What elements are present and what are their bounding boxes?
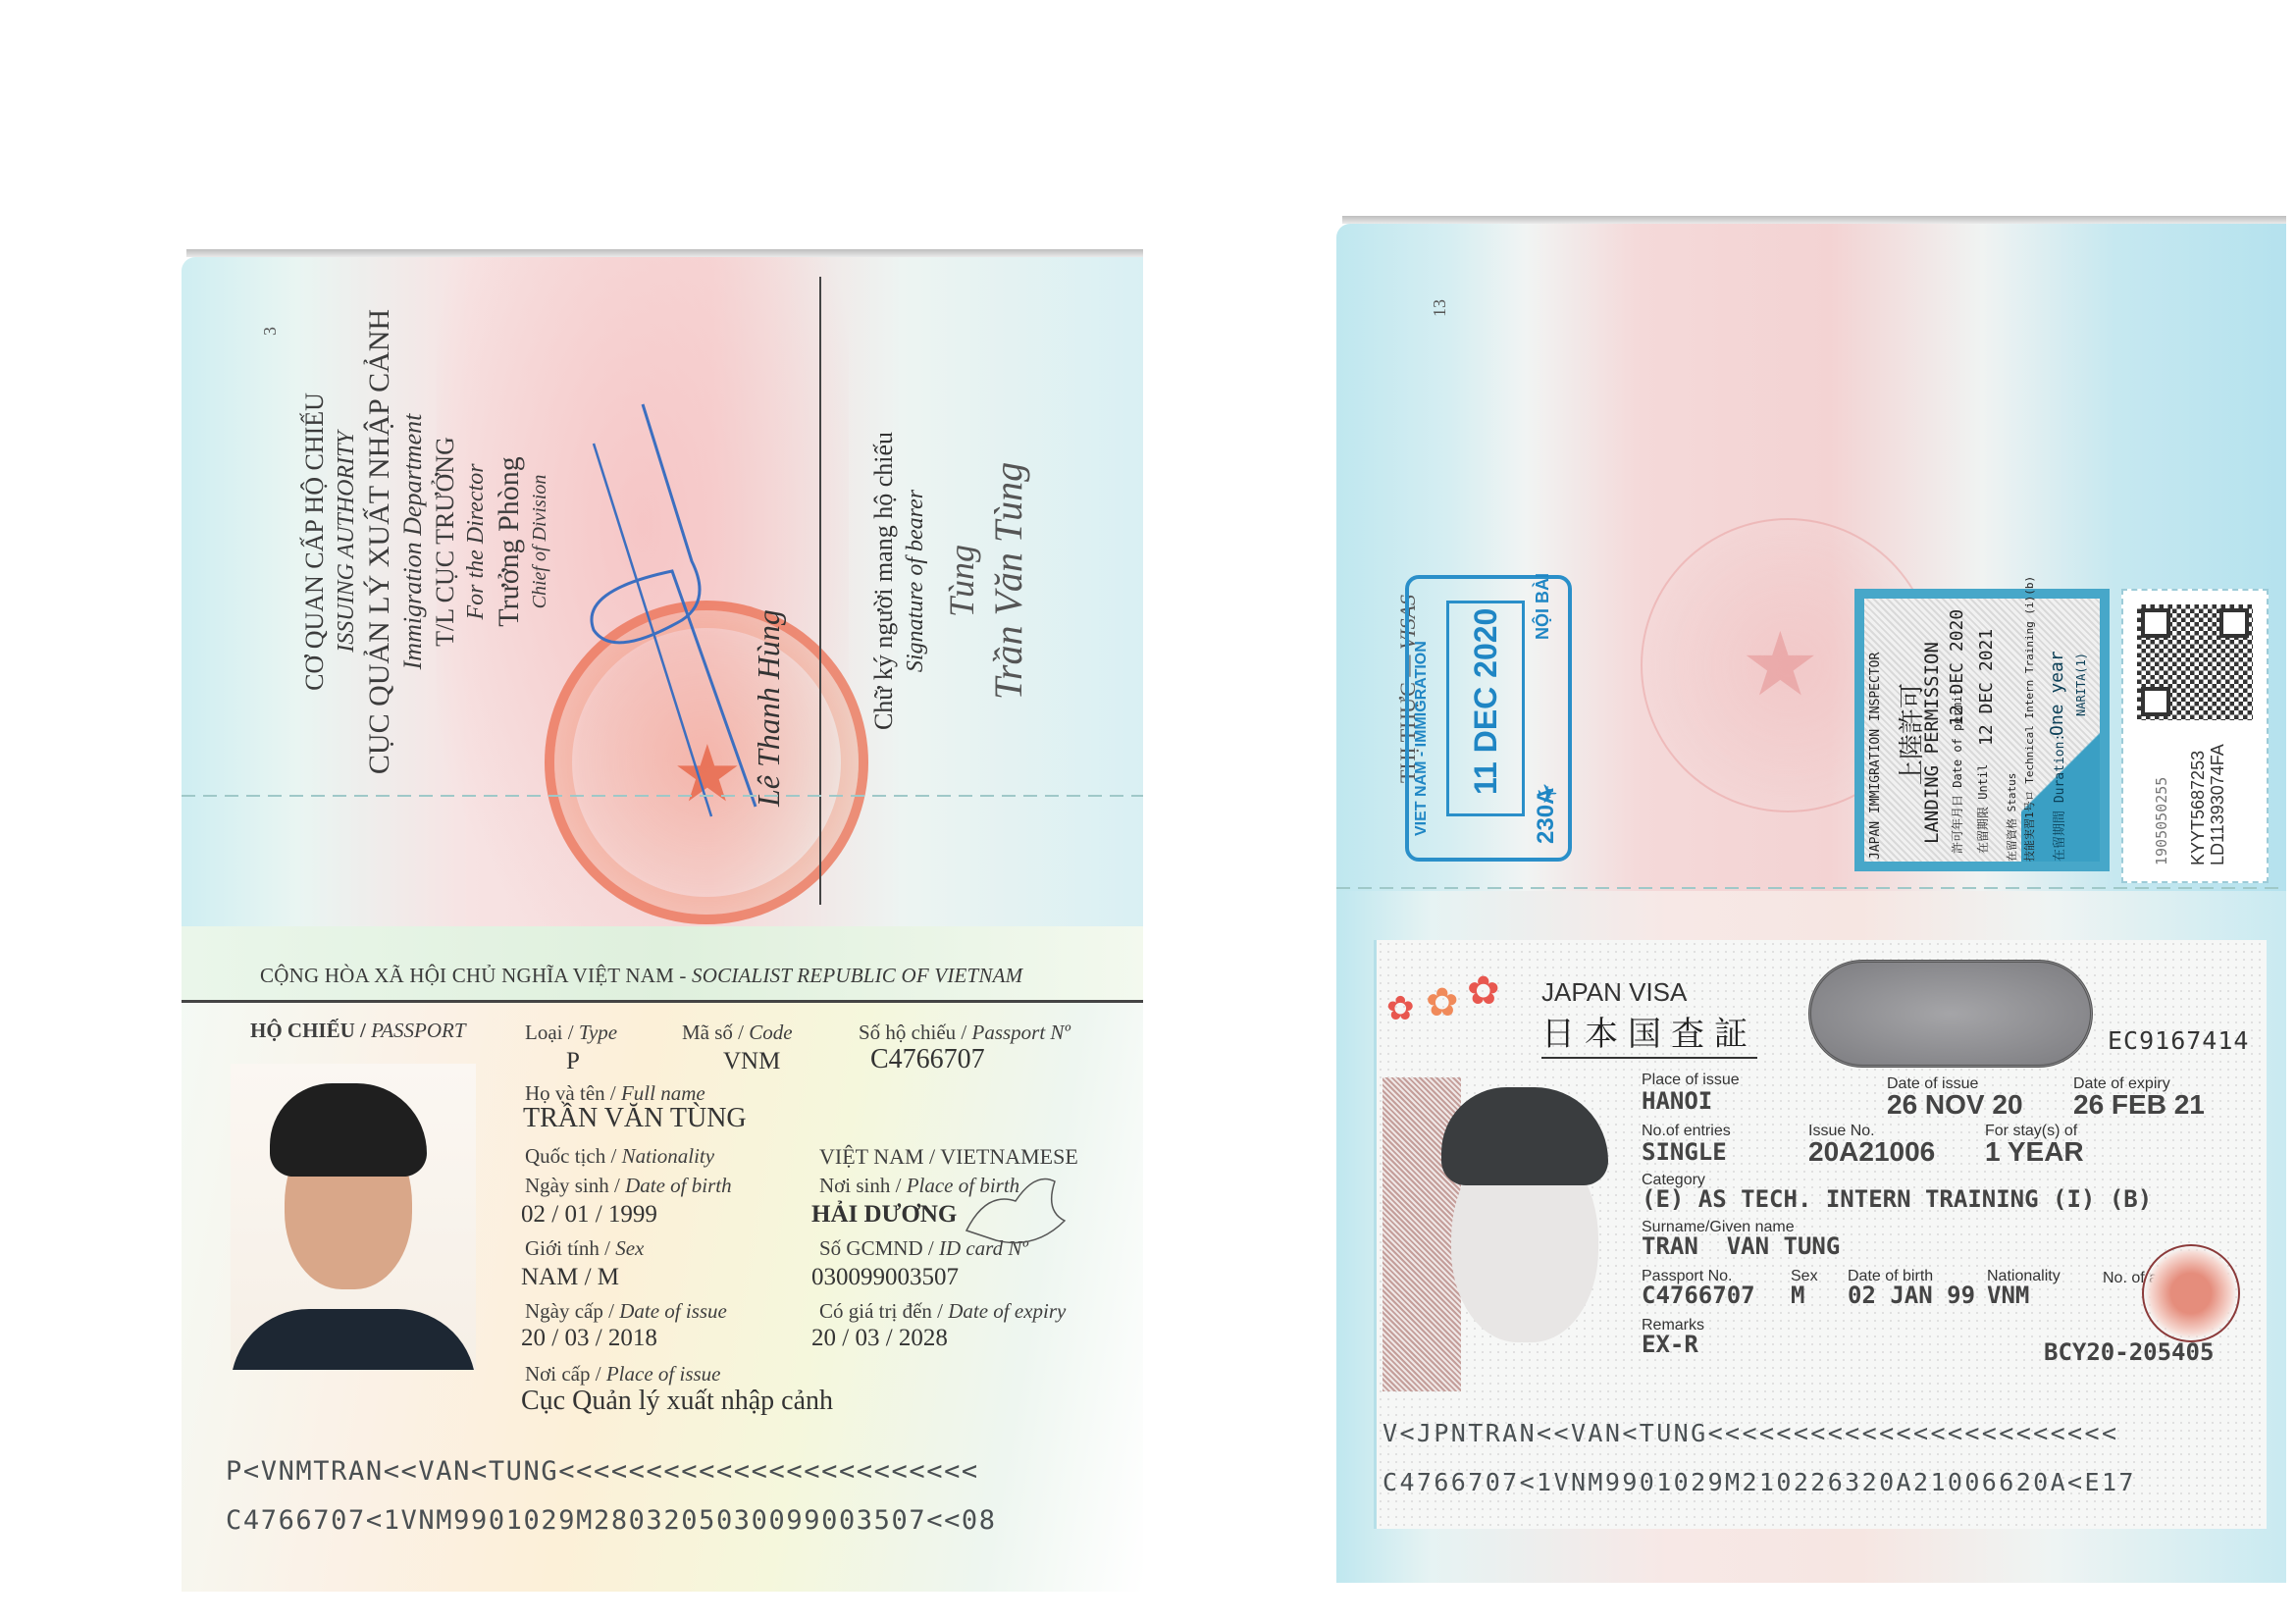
document-label: HỘ CHIẾU / PASSPORT — [250, 1019, 466, 1043]
date-issue-label-en: Date of issue — [619, 1299, 727, 1323]
place-issue-label: Nơi cấp / Place of issue — [525, 1362, 720, 1387]
nationality-label-vi: Quốc tịch / — [525, 1144, 622, 1168]
date-expiry-label-en: Date of expiry — [948, 1299, 1066, 1323]
stamp-port: NỘI BÀI — [1533, 573, 1553, 640]
passport-no-value: C4766707 — [1642, 1282, 1755, 1309]
nationality-label-en: Nationality — [622, 1144, 715, 1168]
bearer-label-en: Signature of bearer — [901, 404, 930, 758]
nationality-value: VNM — [1987, 1282, 2029, 1309]
visa-title: JAPAN VISA — [1541, 977, 1687, 1008]
full-name-label-en: Full name — [621, 1081, 705, 1105]
ministry-seal — [2142, 1244, 2240, 1342]
header-rule — [182, 1000, 1143, 1003]
name-value: TRAN VAN TUNG — [1642, 1232, 1840, 1260]
passport-no-label-vi: Số hộ chiếu / — [859, 1021, 972, 1044]
stamp-date: 11 DEC 2020 — [1468, 608, 1504, 795]
until-date: 12 DEC 2021 — [1976, 629, 1997, 746]
bearer-signature-2: Trần Văn Tùng — [984, 404, 1033, 758]
pob-label-vi: Nơi sinh / — [819, 1174, 907, 1197]
country-en: SOCIALIST REPUBLIC OF VIETNAM — [692, 964, 1022, 987]
for-director-en: For the Director — [461, 277, 491, 807]
bearer-signature-1: Tùng — [940, 404, 984, 758]
code-label-vi: Mã số / — [682, 1021, 749, 1044]
passport-no-label: Số hộ chiếu / Passport Nº — [859, 1021, 1070, 1045]
date-of-issue-value: 26 NOV 20 — [1887, 1089, 2023, 1121]
full-name-value: TRẦN VĂN TÙNG — [523, 1103, 747, 1134]
mrz-line-2: C4766707<1VNM9901029M2803205030099003507… — [226, 1505, 997, 1536]
sex-label-en: Sex — [615, 1236, 644, 1260]
authority-line-vi: CƠ QUAN CẤP HỘ CHIẾU — [299, 277, 332, 807]
duration-label: 在留期間 Duration: — [2049, 734, 2067, 862]
sakura-flower-icon: ✿ — [1426, 979, 1459, 1025]
date-expiry-value: 20 / 03 / 2028 — [811, 1325, 948, 1352]
id-card-label-vi: Số GCMND / — [819, 1236, 939, 1260]
issue-no-value: 20A21006 — [1808, 1136, 1935, 1168]
remarks-value: EX-R — [1642, 1331, 1698, 1358]
type-label-en: Type — [579, 1021, 617, 1044]
department-vi: CỤC QUẢN LÝ XUẤT NHẬP CẢNH — [361, 277, 398, 807]
date-issue-label-vi: Ngày cấp / — [525, 1299, 619, 1323]
sex-label-vi: Giới tính / — [525, 1236, 615, 1260]
vietnam-exit-stamp: VIET NAM - IMMIGRATION 11 DEC 2020 NỘI B… — [1405, 575, 1572, 862]
qr-code — [2137, 604, 2253, 720]
dob-label-en: Date of birth — [625, 1174, 732, 1197]
status-label: 在留資格 Status — [2004, 773, 2019, 862]
entries-value: SINGLE — [1642, 1138, 1727, 1166]
date-issue-value: 20 / 03 / 2018 — [521, 1325, 657, 1352]
passport-no-label-en: Passport Nº — [972, 1021, 1070, 1044]
place-issue-value: Cục Quản lý xuất nhập cảnh — [521, 1386, 833, 1417]
duration-value: One year — [2047, 651, 2067, 736]
place-issue-label-vi: Nơi cấp / — [525, 1362, 606, 1386]
passport-data-page: CỘNG HÒA XÃ HỘI CHỦ NGHĨA VIỆT NAM - SOC… — [182, 926, 1143, 1592]
sex-value: NAM / M — [521, 1264, 619, 1291]
visa-mrz-line-1: V<JPNTRAN<<VAN<TUNG<<<<<<<<<<<<<<<<<<<<<… — [1383, 1419, 2118, 1447]
passport-no-value: C4766707 — [870, 1044, 985, 1075]
japan-landing-permission-sticker: JAPAN IMMIGRATION INSPECTOR 上陸許可 LANDING… — [1854, 589, 2110, 871]
qr-code-1: KYYT5687253 — [2188, 751, 2209, 865]
fold-line — [182, 795, 1143, 797]
department-en: Immigration Department — [397, 277, 430, 807]
dove-watermark-icon — [957, 1162, 1074, 1270]
page-number: 13 — [1430, 299, 1450, 317]
dob-label: Ngày sinh / Date of birth — [525, 1174, 732, 1198]
date-of-expiry-value: 26 FEB 21 — [2073, 1089, 2205, 1121]
issuing-authority-block: CƠ QUAN CẤP HỘ CHIẾU ISSUING AUTHORITY C… — [299, 277, 552, 807]
hologram — [1808, 960, 2093, 1068]
nationality-label: Quốc tịch / Nationality — [525, 1144, 714, 1169]
passport-authority-page: ★ 3 CƠ QUAN CẤP HỘ CHIẾU ISSUING AUTHORI… — [182, 257, 1143, 926]
fold-line — [1336, 887, 2286, 889]
status-value: 技能実習1号ロ Technical Intern Training (i)(b) — [2021, 576, 2037, 862]
holder-photo — [1383, 1077, 1628, 1401]
dob-value: 02 / 01 / 1999 — [521, 1201, 657, 1229]
place-issue-label-en: Place of issue — [606, 1362, 721, 1386]
permit-date: 12 DEC 2020 — [1947, 609, 1967, 726]
country-header: CỘNG HÒA XÃ HỘI CHỦ NGHĨA VIỆT NAM - SOC… — [260, 964, 1022, 988]
qr-code-2: LD11393074FA — [2208, 744, 2228, 865]
code-label-en: Code — [749, 1021, 792, 1044]
bearer-signature-block: Chữ ký người mang hộ chiếu Signature of … — [868, 404, 1033, 758]
date-issue-label: Ngày cấp / Date of issue — [525, 1299, 727, 1324]
mrz-line-1: P<VNMTRAN<<VAN<TUNG<<<<<<<<<<<<<<<<<<<<<… — [226, 1456, 979, 1487]
until-label: 在留期限 Until — [1974, 764, 1991, 854]
qr-serial: 1905050255 — [2153, 777, 2170, 865]
page-divider — [819, 277, 821, 905]
star-emblem-icon: ★ — [1741, 613, 1820, 716]
sakura-flower-icon: ✿ — [1467, 968, 1500, 1014]
visa-mrz-line-2: C4766707<1VNM9901029M210226320A21006620A… — [1383, 1468, 2136, 1496]
qr-label-sticker: 1905050255 KYYT5687253 LD11393074FA — [2121, 589, 2269, 883]
landing-port: NARITA(1) — [2074, 653, 2088, 716]
dob-value: 02 JAN 99 — [1848, 1282, 1975, 1309]
id-card-value: 030099003507 — [811, 1264, 959, 1291]
holder-photo — [231, 1064, 476, 1370]
japan-visa-sticker: ✿ ✿ ✿ JAPAN VISA 日本国査証 EC9167414 Place o… — [1374, 940, 2267, 1529]
stamp-title: VIET NAM - IMMIGRATION — [1413, 641, 1431, 836]
bearer-label-vi: Chữ ký người mang hộ chiếu — [868, 404, 901, 758]
japan-visa-page: ✿ ✿ ✿ JAPAN VISA 日本国査証 EC9167414 Place o… — [1336, 891, 2286, 1583]
type-value: P — [566, 1048, 580, 1075]
for-director-vi: T/L CỤC TRƯỞNG — [430, 277, 462, 807]
chief-title-vi: Trưởng Phòng — [491, 277, 528, 807]
type-label: Loại / Type — [525, 1021, 617, 1045]
doc-label-vi: HỘ CHIẾU / — [250, 1019, 371, 1042]
doc-label-en: PASSPORT — [371, 1019, 465, 1042]
pob-value: HẢI DƯƠNG — [811, 1201, 957, 1229]
control-number: BCY20-205405 — [2044, 1338, 2214, 1366]
place-of-issue-value: HANOI — [1642, 1087, 1712, 1115]
code-label: Mã số / Code — [682, 1021, 793, 1045]
airplane-icon: ✈ — [1537, 780, 1558, 810]
page-number: 3 — [260, 327, 281, 336]
visa-number: EC9167414 — [2108, 1026, 2249, 1055]
category-value: (E) AS TECH. INTERN TRAINING (I) (B) — [1642, 1185, 2152, 1213]
visa-stamp-page: ★ 13 THỊ THỰC — VISAS VIET NAM - IMMIGRA… — [1336, 224, 2286, 891]
stay-value: 1 YEAR — [1985, 1136, 2084, 1168]
officer-name: Lê Thanh Hùng — [751, 609, 787, 807]
landing-title: LANDING PERMISSION — [1921, 642, 1943, 844]
visa-title-kanji: 日本国査証 — [1541, 1007, 1757, 1059]
full-name-label-vi: Họ và tên / — [525, 1081, 621, 1105]
country-vi: CỘNG HÒA XÃ HỘI CHỦ NGHĨA VIỆT NAM - — [260, 964, 692, 987]
authority-line-en: ISSUING AUTHORITY — [332, 277, 361, 807]
sex-value: M — [1791, 1282, 1804, 1309]
chief-title-en: Chief of Division — [528, 277, 552, 807]
date-expiry-label: Có giá trị đến / Date of expiry — [819, 1299, 1066, 1324]
type-label-vi: Loại / — [525, 1021, 579, 1044]
code-value: VNM — [723, 1048, 780, 1075]
dob-label-vi: Ngày sinh / — [525, 1174, 625, 1197]
sex-label: Giới tính / Sex — [525, 1236, 644, 1261]
date-expiry-label-vi: Có giá trị đến / — [819, 1299, 948, 1323]
landing-header: JAPAN IMMIGRATION INSPECTOR — [1868, 653, 1883, 860]
sakura-flower-icon: ✿ — [1386, 989, 1415, 1028]
